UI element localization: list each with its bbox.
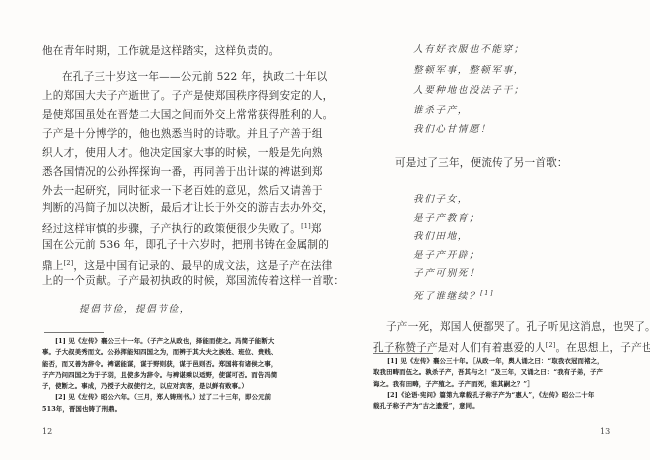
footnote-line: 事。子大叔美秀而文。公孙挥能知四国之为，而辨于其大夫之族姓、班位、贵贱、 — [42, 348, 277, 357]
poem-line: 人有好衣服也不能穿； — [413, 44, 525, 56]
body-text: 经过这样审慎的步骤，子产执行的政策便很少失败了。 — [42, 223, 301, 235]
body-line: 经过这样审慎的步骤，子产执行的政策便很少失败了。[1]郑 — [42, 219, 322, 236]
footnote-ref[interactable]: [1] — [301, 222, 311, 230]
body-line: 可是过了三年，便流传了另一首歌： — [395, 156, 568, 170]
body-line: 外去一起研究，同时征求一下老百姓的意见，然后又请善于 — [42, 184, 323, 198]
page-number: 13 — [600, 427, 610, 436]
page-number: 12 — [42, 427, 52, 436]
body-text: ，这是中国有记录的、最早的成文法，这是子产在法律 — [73, 260, 332, 272]
body-text: 郑 — [311, 223, 322, 235]
body-line: 是使郑国虽处在晋楚二大国之间而外交上常常获得胜利的人。 — [42, 108, 333, 122]
body-line: 子产一死，郑国人便都哭了。孔子听见这消息，也哭了。 — [386, 320, 650, 334]
right-page: 人有好衣服也不能穿； 整顿军事，整顿军事， 人要种地也没法子干； 谁杀子产， 我… — [325, 0, 650, 460]
body-line: 悉各国情况的公孙挥探询一番，再同善于出计谋的裨谌到郑 — [42, 165, 323, 179]
footnote-divider — [373, 353, 433, 354]
body-line: 织人才，使用人才。他决定国家大事的时候，一般是先向熟 — [42, 146, 323, 160]
body-line: 子产是十分博学的，他也熟悉当时的诗歌。并且子产善于组 — [42, 127, 323, 141]
body-line: 判断的冯简子加以决断，最后才让长于外交的游吉去办外交， — [42, 201, 333, 215]
footnote-line: 子，使断之。事成，乃授子大叔使行之，以应对宾客，是以鲜有败事。） — [42, 382, 248, 391]
footnote-line: 子产乃问四国之为于子羽，且使多为辞令。与裨谌乘以适野，使谋可否。而告冯简 — [42, 371, 277, 380]
left-page: 他在青年时期，工作就是这样踏实，这样负责的。 在孔子三十岁这一年——公元前 52… — [0, 0, 325, 460]
footnote-line: 513年，晋国也铸了刑鼎。 — [42, 405, 121, 414]
footnote-line: [2] 见《左传》昭公六年。（三月，郑人铸刑书。）过了二十三年，即公元前 — [55, 393, 271, 402]
poem-line: 是子产开辟； — [413, 250, 480, 262]
poem-line: 我们心甘情愿！ — [413, 124, 491, 136]
poem-line: 提倡节俭，提倡节俭， — [79, 304, 191, 316]
body-line: 上的郑国大夫子产逝世了。子产是使郑国秩序得到安定的人， — [42, 89, 333, 103]
footnote-line: [1] 见《左传》襄公三十一年。（子产之从政也，择能而使之。冯简子能断大 — [55, 337, 274, 346]
poem-line: 整顿军事，整顿军事， — [413, 65, 525, 77]
footnote-divider — [44, 332, 104, 333]
footnote-line: [1] 见《左传》襄公三十年。［从政一年，舆人诵之曰：“取我衣冠而褚之， — [387, 357, 604, 366]
body-text: 鼎上 — [42, 260, 64, 272]
body-text: 。在思想上，子产也是 — [556, 342, 650, 354]
footnote-ref[interactable]: [2] — [64, 259, 74, 267]
poem-line: 是子产教育； — [413, 213, 480, 225]
poem-text: 死了谁继续？ — [413, 291, 480, 302]
footnote-line: 取我田畴而伍之。孰杀子产，吾其与之！”及三年，又诵之曰：“我有子弟，子产 — [373, 368, 603, 377]
footnote-line: 能否，而又善为辞令。裨谌能谋，谋于野则获，谋于邑则否。郑国将有诸侯之事， — [42, 360, 277, 369]
body-line: 在孔子三十岁这一年——公元前 522 年，执政二十年以 — [62, 70, 327, 84]
footnote-line: [2]《论语·宪问》篇第九章载孔子称子产为“惠人”，《左传》昭公二十年 — [387, 391, 594, 400]
body-line: 他在青年时期，工作就是这样踏实，这样负责的。 — [42, 44, 279, 58]
poem-line: 人要种地也没法子干； — [413, 85, 525, 97]
body-line: 鼎上[2]，这是中国有记录的、最早的成文法，这是子产在法律 — [42, 256, 332, 273]
footnote-line: 载孔子称子产为“古之遗爱”，意同。 — [373, 402, 479, 411]
poem-line: 我们田地， — [413, 231, 469, 243]
footnote-ref[interactable]: [2] — [546, 341, 556, 349]
poem-line: 谁杀子产， — [413, 105, 469, 117]
body-line: 上的一个贡献。子产最初执政的时候，郑国流传着这样一首歌： — [42, 274, 344, 288]
poem-line: 我们子女， — [413, 194, 469, 206]
footnote-line: 诲之。我有田畴，子产殖之。子产而死，谁其嗣之？”］ — [373, 380, 534, 389]
body-line: 国在公元前 536 年，即孔子十六岁时，把刑书铸在金属制的 — [42, 238, 329, 252]
footnote-ref[interactable]: [1] — [480, 289, 494, 297]
poem-line: 子产可别死！ — [413, 268, 480, 280]
poem-line: 死了谁继续？[1] — [413, 287, 494, 303]
